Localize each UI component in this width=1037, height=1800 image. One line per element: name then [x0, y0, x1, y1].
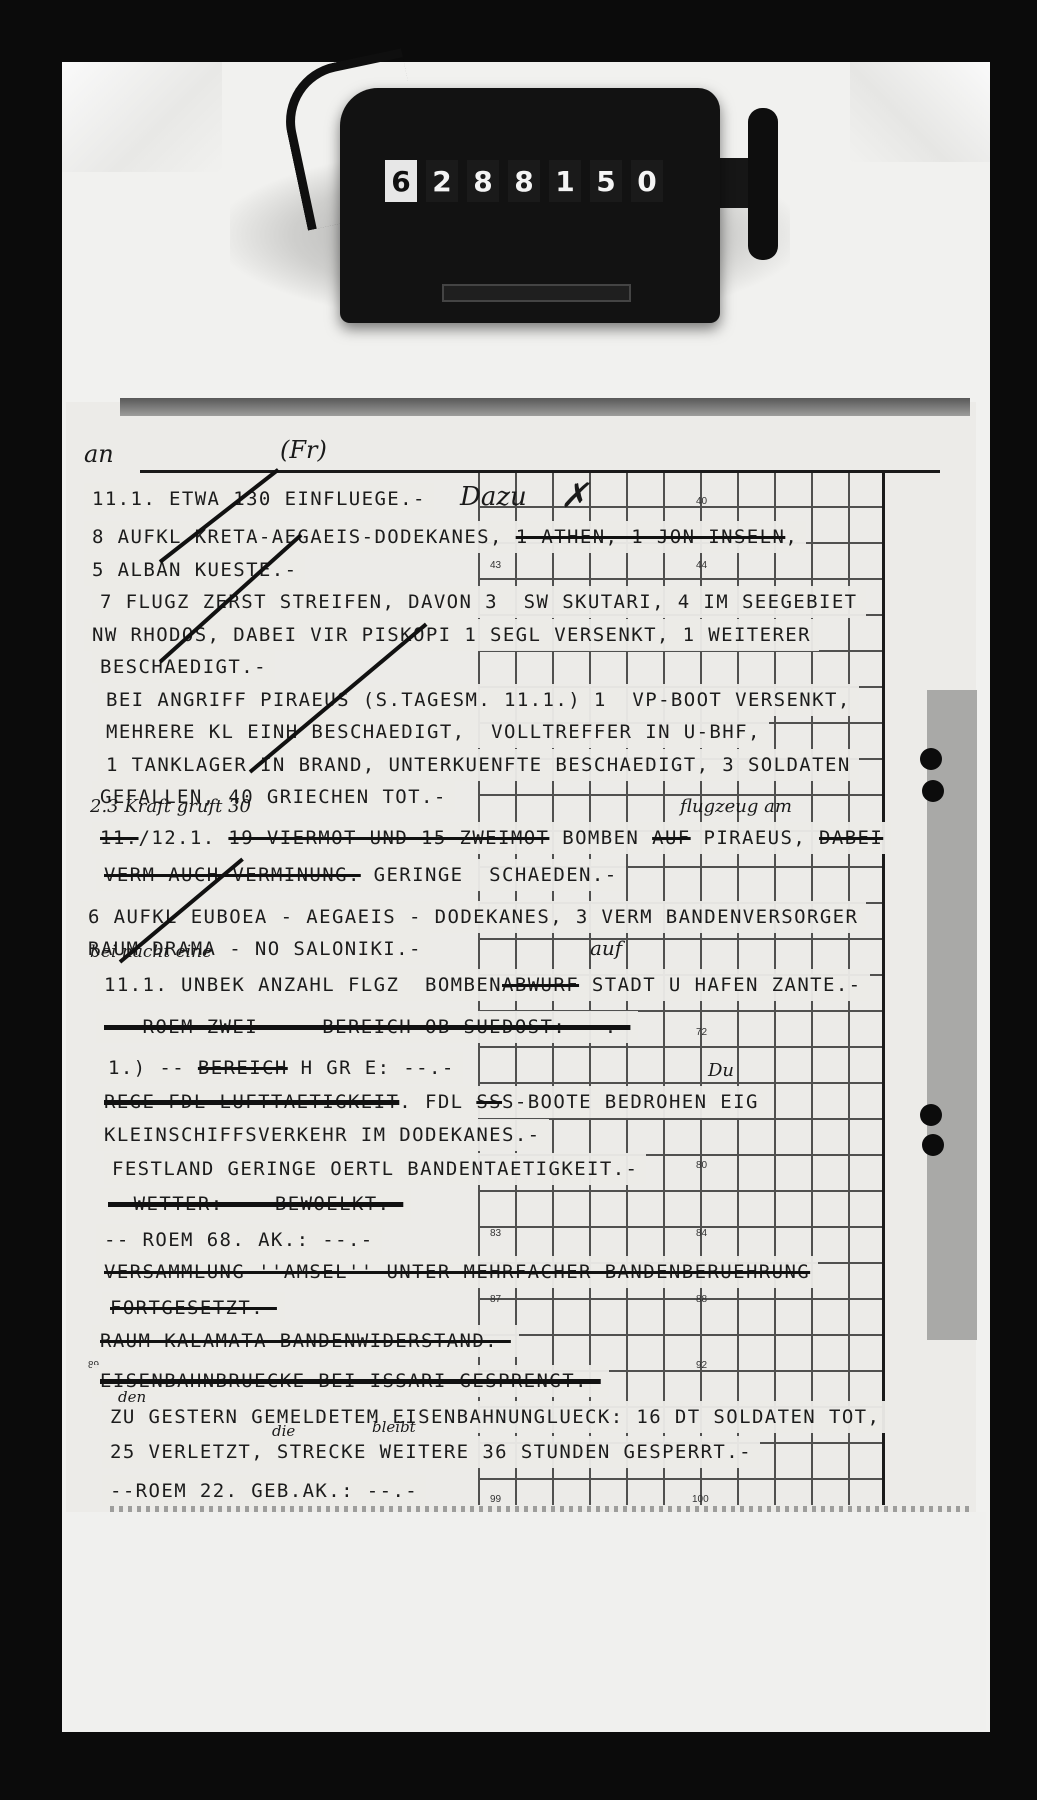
counter-knob	[748, 108, 778, 260]
telex-line: BEI ANGRIFF PIRAEUS (S.TAGESM. 11.1.) 1 …	[98, 684, 859, 716]
line-text: FESTLAND GERINGE OERTL BANDENTAETIGKEIT.…	[112, 1158, 638, 1180]
counter-digit: 5	[590, 160, 622, 202]
handwritten-note: auf	[590, 936, 622, 960]
x-mark-icon: ✗	[560, 476, 589, 516]
handwritten-note: bei nacht eine	[90, 942, 212, 962]
line-text: -- ROEM 68. AK.: --.-	[104, 1229, 374, 1251]
line-text: /12.1.	[139, 827, 229, 849]
handwritten-note: Dazu	[460, 482, 527, 512]
line-text: . FDL	[399, 1091, 476, 1113]
column-number: 43	[490, 560, 501, 571]
line-text-struck: -- ROEM ZWEI -- BEREICH OB SUEDOST: --.-	[104, 1016, 630, 1038]
telex-line: 11./12.1. 19 VIERMOT UND 15 ZWEIMOT BOMB…	[92, 822, 891, 854]
sheet-fold-left	[62, 62, 222, 172]
line-text: 11.1. ETWA 130 EINFLUEGE.-	[92, 488, 426, 510]
line-text: --ROEM 22. GEB.AK.: --.-	[110, 1480, 418, 1502]
punch-hole	[920, 748, 942, 770]
telex-line: --WETTER: BEWOELKT.-	[100, 1188, 411, 1220]
line-text-struck: SS	[476, 1091, 502, 1113]
line-text: BEI ANGRIFF PIRAEUS (S.TAGESM. 11.1.) 1 …	[106, 689, 851, 711]
telex-line: FESTLAND GERINGE OERTL BANDENTAETIGKEIT.…	[104, 1153, 646, 1185]
line-text: 1 TANKLAGER IN BRAND, UNTERKUENFTE BESCH…	[106, 754, 851, 776]
column-number: 100	[692, 1494, 709, 1505]
column-number: 88	[696, 1294, 707, 1305]
grid-top-rule	[140, 470, 940, 473]
handwritten-note: (Fr)	[280, 436, 327, 464]
telex-line: BESCHAEDIGT.-	[92, 651, 275, 683]
line-text: KLEINSCHIFFSVERKEHR IM DODEKANES.-	[104, 1124, 541, 1146]
counter-digit: 8	[467, 160, 499, 202]
line-text: BOMBEN	[549, 827, 652, 849]
line-text: BESCHAEDIGT.-	[100, 656, 267, 678]
line-text-struck: 19 VIERMOT UND 15 ZWEIMOT	[228, 827, 549, 849]
punch-hole	[922, 780, 944, 802]
telex-line: 11.1. ETWA 130 EINFLUEGE.-	[84, 483, 434, 515]
line-text: PIRAEUS,	[691, 827, 819, 849]
blank-lower-area	[66, 1512, 986, 1732]
telex-line: 25 VERLETZT, STRECKE WEITERE 36 STUNDEN …	[102, 1436, 760, 1468]
counter-digit: 2	[426, 160, 458, 202]
line-text-struck: 11.	[100, 827, 139, 849]
line-text-struck: 1 ATHEN, 1 JON INSELN	[516, 526, 786, 548]
column-number: 87	[490, 1294, 501, 1305]
line-text: ,	[785, 526, 798, 548]
line-text: ZU GESTERN GEMELDETEM EISENBAHNUNGLUECK:…	[110, 1406, 880, 1428]
column-number: 99	[490, 1494, 501, 1505]
telex-line: REGE FDL LUFTTAETIGKEIT. FDL SSS-BOOTE B…	[96, 1086, 767, 1118]
counter-digit: 0	[631, 160, 663, 202]
paper-top-edge	[120, 398, 970, 416]
telex-line: MEHRERE KL EINH BESCHAEDIGT, VOLLTREFFER…	[98, 716, 769, 748]
punch-hole	[922, 1134, 944, 1156]
column-number: 84	[696, 1228, 707, 1239]
column-number: 83	[490, 1228, 501, 1239]
counter-digit: 1	[549, 160, 581, 202]
column-number: 80	[696, 1160, 707, 1171]
telex-line: VERM AUCH VERMINUNG. GERINGE SCHAEDEN.-	[96, 859, 626, 891]
telex-line: FORTGESETZT.-	[102, 1292, 285, 1324]
telex-line: 6 AUFKL EUBOEA - AEGAEIS - DODEKANES, 3 …	[80, 901, 866, 933]
line-text: STADT U HAFEN ZANTE.-	[579, 974, 861, 996]
telex-line: VERSAMMLUNG ''AMSEL'' UNTER MEHRFACHER B…	[96, 1256, 818, 1288]
line-text-struck: REGE FDL LUFTTAETIGKEIT	[104, 1091, 399, 1113]
line-text: 8 AUFKL KRETA-AEGAEIS-DODEKANES,	[92, 526, 516, 548]
telex-line: 7 FLUGZ ZERST STREIFEN, DAVON 3 SW SKUTA…	[92, 586, 866, 618]
line-text: 6 AUFKL EUBOEA - AEGAEIS - DODEKANES, 3 …	[88, 906, 858, 928]
line-text-struck: DABEI	[819, 827, 883, 849]
line-text-struck: RAUM KALAMATA BANDENWIDERSTAND.-	[100, 1330, 511, 1352]
column-number: 92	[696, 1360, 707, 1371]
line-text-struck: BEREICH	[198, 1057, 288, 1079]
handwritten-note: flugzeug am	[680, 796, 792, 817]
line-text-struck: --WETTER: BEWOELKT.-	[108, 1193, 403, 1215]
line-text: GERINGE SCHAEDEN.-	[361, 864, 618, 886]
telex-line: EISENBAHNBRUECKE BEI ISSARI GESPRENGT.-	[92, 1365, 609, 1397]
column-number: 44	[696, 560, 707, 571]
line-text: MEHRERE KL EINH BESCHAEDIGT, VOLLTREFFER…	[106, 721, 761, 743]
line-text-struck: FORTGESETZT.-	[110, 1297, 277, 1319]
punch-hole	[920, 1104, 942, 1126]
counter-digits: 6 2 8 8 1 5 0	[385, 160, 663, 202]
line-text: H GR E: --.-	[288, 1057, 455, 1079]
line-text: S-BOOTE BEDROHEN EIG	[502, 1091, 759, 1113]
handwritten-note: die	[272, 1422, 295, 1440]
line-text-struck: EISENBAHNBRUECKE BEI ISSARI GESPRENGT.-	[100, 1370, 601, 1392]
frame-counter: 6 2 8 8 1 5 0	[340, 88, 720, 323]
line-text: 1.) --	[108, 1057, 198, 1079]
handwritten-note: 2.3 Kraft gruft 30	[90, 796, 251, 817]
grid-border	[882, 470, 885, 1505]
telex-line: -- ROEM 68. AK.: --.-	[96, 1224, 382, 1256]
column-number: 72	[696, 1027, 707, 1038]
handwritten-note: Du	[708, 1060, 734, 1081]
telex-line: 1 TANKLAGER IN BRAND, UNTERKUENFTE BESCH…	[98, 749, 859, 781]
telex-line: --ROEM 22. GEB.AK.: --.-	[102, 1475, 426, 1507]
telex-line: KLEINSCHIFFSVERKEHR IM DODEKANES.-	[96, 1119, 549, 1151]
column-number: 40	[696, 496, 707, 507]
telex-line: -- ROEM ZWEI -- BEREICH OB SUEDOST: --.-	[96, 1011, 638, 1043]
telex-line: NW RHODOS, DABEI VIR PISKOPI 1 SEGL VERS…	[84, 619, 819, 651]
telex-line: 1.) -- BEREICH H GR E: --.-	[100, 1052, 463, 1084]
telex-line: ZU GESTERN GEMELDETEM EISENBAHNUNGLUECK:…	[102, 1401, 888, 1433]
counter-digit: 8	[508, 160, 540, 202]
counter-digit: 6	[385, 160, 417, 202]
line-text-struck: AUF	[652, 827, 691, 849]
counter-axle	[718, 158, 752, 208]
sheet-fold-right	[850, 62, 990, 162]
handwritten-note: den	[118, 1388, 146, 1406]
line-text: 25 VERLETZT, STRECKE WEITERE 36 STUNDEN …	[110, 1441, 752, 1463]
line-text-struck: ABWURF	[502, 974, 579, 996]
counter-slot	[442, 284, 631, 302]
line-text-struck: VERSAMMLUNG ''AMSEL'' UNTER MEHRFACHER B…	[104, 1261, 810, 1283]
telex-line: RAUM KALAMATA BANDENWIDERSTAND.-	[92, 1325, 519, 1357]
line-text: 11.1. UNBEK ANZAHL FLGZ BOMBEN	[104, 974, 502, 996]
handwritten-note: bleibt	[372, 1418, 416, 1436]
telex-line: 11.1. UNBEK ANZAHL FLGZ BOMBENABWURF STA…	[96, 969, 870, 1001]
handwritten-note: an	[84, 440, 114, 468]
